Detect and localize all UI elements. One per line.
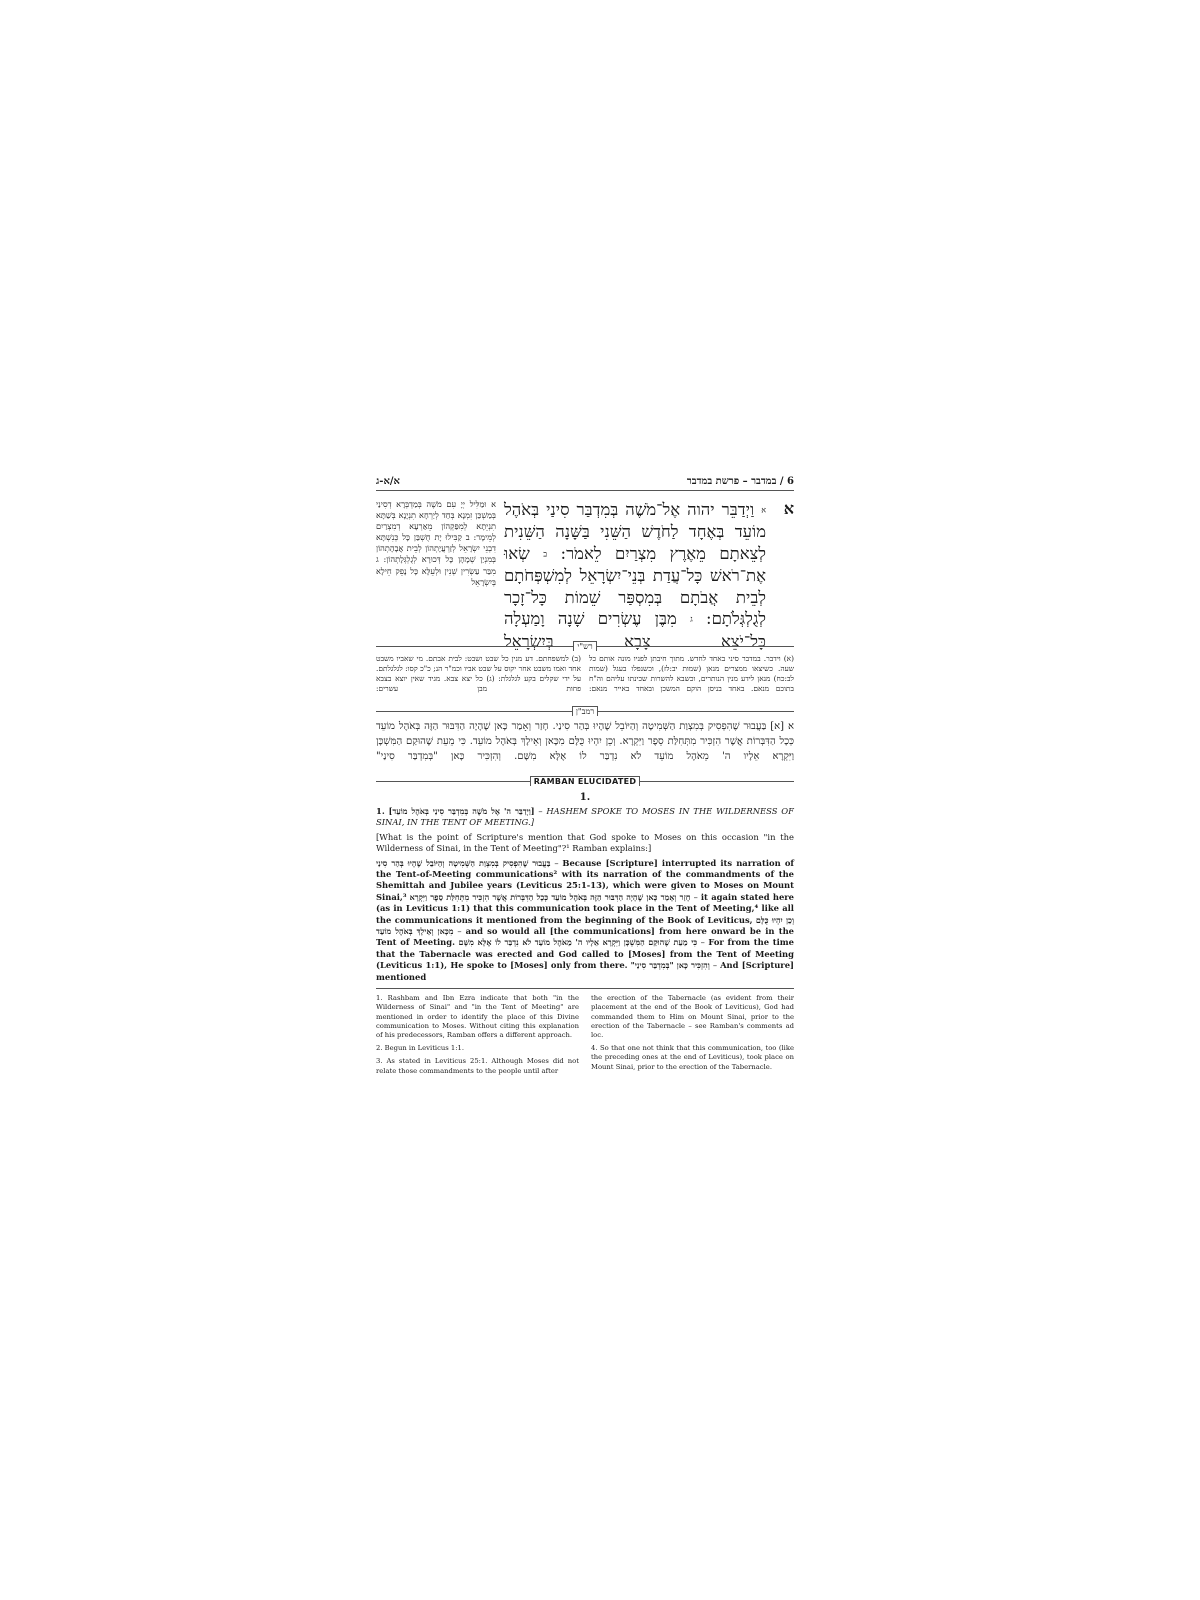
verse-number: א	[761, 506, 766, 515]
page-title: 6 / במדבר – פרשת במדבר	[687, 476, 794, 487]
ramban-divider: רמב"ן	[376, 706, 794, 716]
rashi-commentary: (א) וידבר. במדבר סיני באחד לחדש. מתוך חי…	[376, 654, 794, 694]
parsha-title: במדבר – פרשת במדבר	[687, 476, 777, 487]
elucidation-paragraph: בַּעֲבוּר שֶׁהִפְסִיק בְּמִצְוַת הַשְּׁמ…	[376, 858, 794, 983]
lemma-hebrew: וְהִזְכִּיר כָּאן "בְּמִדְבַּר סִינַי"	[631, 960, 710, 970]
ramban-commentary: א [א] בַּעֲבוּר שֶׁהִפְסִיק בְּמִצְוַת ה…	[376, 719, 794, 764]
torah-text: א וַיְדַבֵּר יהוה אֶל־מֹשֶׁה בְּמִדְבַּר…	[504, 499, 766, 629]
verse-number: ב	[543, 550, 547, 559]
book-page: א/א-ג 6 / במדבר – פרשת במדבר א א וַיְדַב…	[376, 476, 794, 1080]
footnote-4: 4. So that one not think that this commu…	[591, 1044, 794, 1072]
intro-paragraph: [What is the point of Scripture's mentio…	[376, 832, 794, 855]
lemma-hebrew: בַּעֲבוּר שֶׁהִפְסִיק בְּמִצְוַת הַשְּׁמ…	[376, 858, 550, 868]
footnotes: 1. Rashbam and Ibn Ezra indicate that bo…	[376, 994, 794, 1080]
verse-heading: 1. [וַיְדַבֵּר ה' אֶל מֹשֶׁה בְּמִדְבַּר…	[376, 806, 794, 829]
separator: /	[780, 476, 784, 487]
rashi-column-left: (ב) למשפחתם. דע מנין כל שבט ושבט: לבית א…	[376, 654, 581, 694]
chapter-number: 1.	[376, 792, 794, 803]
elucidated-text: 1. [וַיְדַבֵּר ה' אֶל מֹשֶׁה בְּמִדְבַּר…	[376, 806, 794, 983]
lemma-hebrew: חָזַר וְאָמַר כָּאן שֶׁהָיָה הַדִּבּוּר …	[410, 892, 691, 902]
footnote-3-continued: the erection of the Tabernacle (as evide…	[591, 994, 794, 1040]
rashi-column-right: (א) וידבר. במדבר סיני באחד לחדש. מתוך חי…	[589, 654, 794, 694]
elucidated-divider: RAMBAN ELUCIDATED	[376, 776, 794, 786]
rashi-label: רש"י	[573, 641, 596, 651]
verse-number: ג	[690, 615, 693, 624]
ramban-label: רמב"ן	[572, 706, 598, 716]
footnotes-column-right: the erection of the Tabernacle (as evide…	[591, 994, 794, 1080]
footnote-3: 3. As stated in Leviticus 25:1. Although…	[376, 1057, 579, 1075]
chapter-letter: א	[766, 499, 794, 629]
verse-heading-number: 1.	[376, 806, 385, 816]
chapter-range: א/א-ג	[376, 476, 400, 487]
running-head: א/א-ג 6 / במדבר – פרשת במדבר	[376, 476, 794, 491]
lemma-hebrew: כִּי מֵעֵת שֶׁהוּקַם הַמִּשְׁכָּן וַיִּק…	[459, 937, 698, 947]
elucidated-label: RAMBAN ELUCIDATED	[530, 776, 641, 786]
verse-block: א א וַיְדַבֵּר יהוה אֶל־מֹשֶׁה בְּמִדְבַ…	[376, 499, 794, 629]
footnotes-column-left: 1. Rashbam and Ibn Ezra indicate that bo…	[376, 994, 579, 1080]
page-number: 6	[787, 476, 794, 487]
targum-text: א וּמַלִּיל יְיָ עִם מֹשֶׁה בְּמַדְבְּרָ…	[376, 499, 496, 629]
verse-heading-hebrew: [וַיְדַבֵּר ה' אֶל מֹשֶׁה בְּמִדְבַּר סִ…	[389, 806, 535, 816]
footnote-2: 2. Begun in Leviticus 1:1.	[376, 1044, 579, 1053]
footnote-divider	[376, 988, 794, 989]
footnote-1: 1. Rashbam and Ibn Ezra indicate that bo…	[376, 994, 579, 1040]
